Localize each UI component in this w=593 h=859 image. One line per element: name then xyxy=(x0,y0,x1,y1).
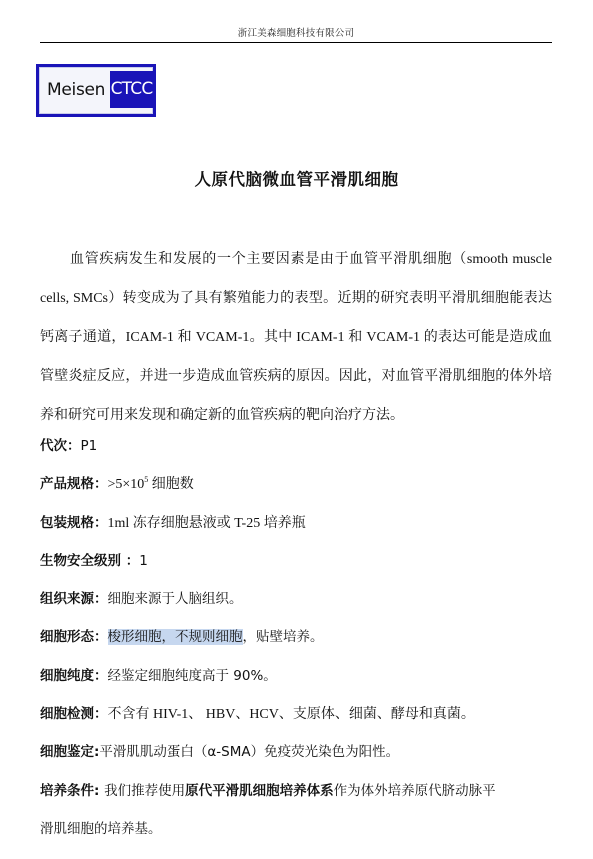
field-value-continued: 滑肌细胞的培养基。 xyxy=(40,821,162,837)
field-value-rest: ，贴壁培养。 xyxy=(243,629,324,645)
field-biosafety: 生物安全级别 ：1 xyxy=(40,548,552,586)
company-name: 浙江美森细胞科技有限公司 xyxy=(40,25,552,39)
field-value-emphasis: 原代平滑肌细胞培养体系 xyxy=(185,783,334,799)
field-value-suffix: 细胞数 xyxy=(148,477,194,492)
field-spec: 产品规格：>5×105 细胞数 xyxy=(40,471,552,509)
field-label: 产品规格： xyxy=(40,476,108,492)
field-label: 组织来源： xyxy=(40,591,108,607)
logo-panel: Meisen CTCC xyxy=(39,67,153,114)
document-title: 人原代脑微血管平滑肌细胞 xyxy=(0,166,593,190)
field-label: 细胞形态： xyxy=(40,629,108,645)
field-value: P1 xyxy=(81,438,98,454)
company-logo: Meisen CTCC xyxy=(36,64,156,117)
field-culture: 培养条件: 我们推荐使用原代平滑肌细胞培养体系作为体外培养原代脐动脉平 xyxy=(40,778,552,816)
field-label: 生物安全级别 ： xyxy=(40,553,139,569)
field-value: 1ml 冻存细胞悬液或 T-25 培养瓶 xyxy=(108,516,306,531)
field-value: 1 xyxy=(139,553,148,569)
field-value: 平滑肌肌动蛋白（α-SMA）免疫荧光染色为阳性。 xyxy=(99,744,399,760)
field-value-after: 作为体外培养原代脐动脉平 xyxy=(334,783,496,799)
field-source: 组织来源：细胞来源于人脑组织。 xyxy=(40,586,552,624)
field-label: 细胞纯度： xyxy=(40,668,108,684)
field-label: 细胞检测： xyxy=(40,706,108,722)
logo-badge: CTCC xyxy=(110,71,153,108)
product-fields: 代次：P1 产品规格：>5×105 细胞数 包装规格：1ml 冻存细胞悬液或 T… xyxy=(40,433,552,854)
field-value-before: 我们推荐使用 xyxy=(104,783,185,799)
field-testing: 细胞检测：不含有 HIV-1、 HBV、HCV、支原体、细菌、酵母和真菌。 xyxy=(40,701,552,739)
field-label: 包装规格： xyxy=(40,515,108,531)
field-value-prefix: >5×10 xyxy=(108,477,145,492)
field-value: 细胞来源于人脑组织。 xyxy=(108,591,243,607)
field-packaging: 包装规格：1ml 冻存细胞悬液或 T-25 培养瓶 xyxy=(40,510,552,548)
field-value: 经鉴定细胞纯度高于 90%。 xyxy=(108,668,277,684)
logo-wordmark: Meisen xyxy=(47,80,105,100)
field-label: 代次： xyxy=(40,438,81,454)
field-identification: 细胞鉴定:平滑肌肌动蛋白（α-SMA）免疫荧光染色为阳性。 xyxy=(40,739,552,777)
page-header: 浙江美森细胞科技有限公司 xyxy=(40,22,552,43)
field-passage: 代次：P1 xyxy=(40,433,552,471)
field-culture-continued: 滑肌细胞的培养基。 xyxy=(40,816,552,854)
field-purity: 细胞纯度：经鉴定细胞纯度高于 90%。 xyxy=(40,663,552,701)
field-morphology: 细胞形态：梭形细胞，不规则细胞，贴壁培养。 xyxy=(40,624,552,662)
field-label: 培养条件: xyxy=(40,783,104,799)
intro-paragraph: 血管疾病发生和发展的一个主要因素是由于血管平滑肌细胞（smooth muscle… xyxy=(40,240,552,435)
field-label: 细胞鉴定: xyxy=(40,744,99,760)
field-value: 不含有 HIV-1、 HBV、HCV、支原体、细菌、酵母和真菌。 xyxy=(108,707,475,722)
intro-text: 血管疾病发生和发展的一个主要因素是由于血管平滑肌细胞（smooth muscle… xyxy=(40,252,552,423)
text-selection-highlight[interactable]: 梭形细胞，不规则细胞 xyxy=(108,629,243,645)
